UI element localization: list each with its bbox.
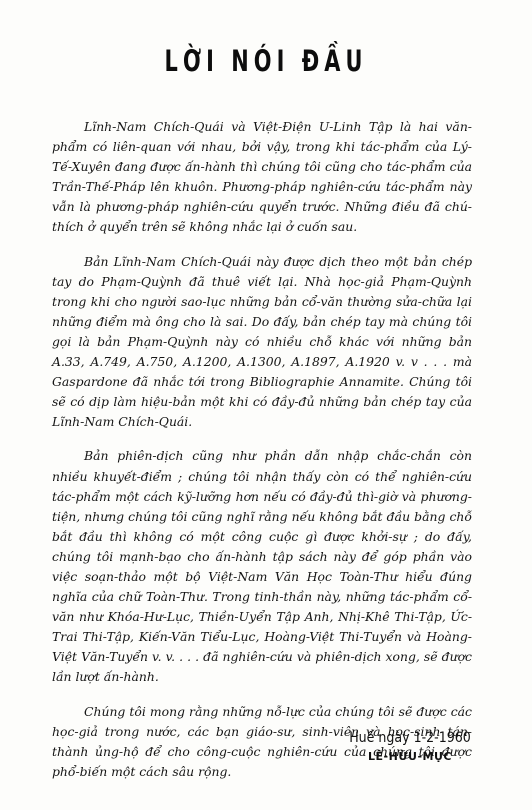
signature-date: Huế ngày 1-2-1960 <box>338 730 482 746</box>
signature-block: Huế ngày 1-2-1960 LÊ-HỮU-MỤC <box>330 730 490 763</box>
paragraph-1: Lĩnh-Nam Chích-Quái và Việt-Điện U-Linh … <box>52 117 472 238</box>
signature-author: LÊ-HỮU-MỤC <box>330 750 490 763</box>
paragraph-3: Bản phiên-dịch cũng như phần dẫn nhập ch… <box>52 446 472 687</box>
paragraph-2: Bản Lĩnh-Nam Chích-Quái này được dịch th… <box>52 252 472 433</box>
preface-body: Lĩnh-Nam Chích-Quái và Việt-Điện U-Linh … <box>52 117 472 796</box>
document-page: LỜI NÓI ĐẦU Lĩnh-Nam Chích-Quái và Việt-… <box>0 0 532 810</box>
page-title: LỜI NÓI ĐẦU <box>74 44 457 78</box>
